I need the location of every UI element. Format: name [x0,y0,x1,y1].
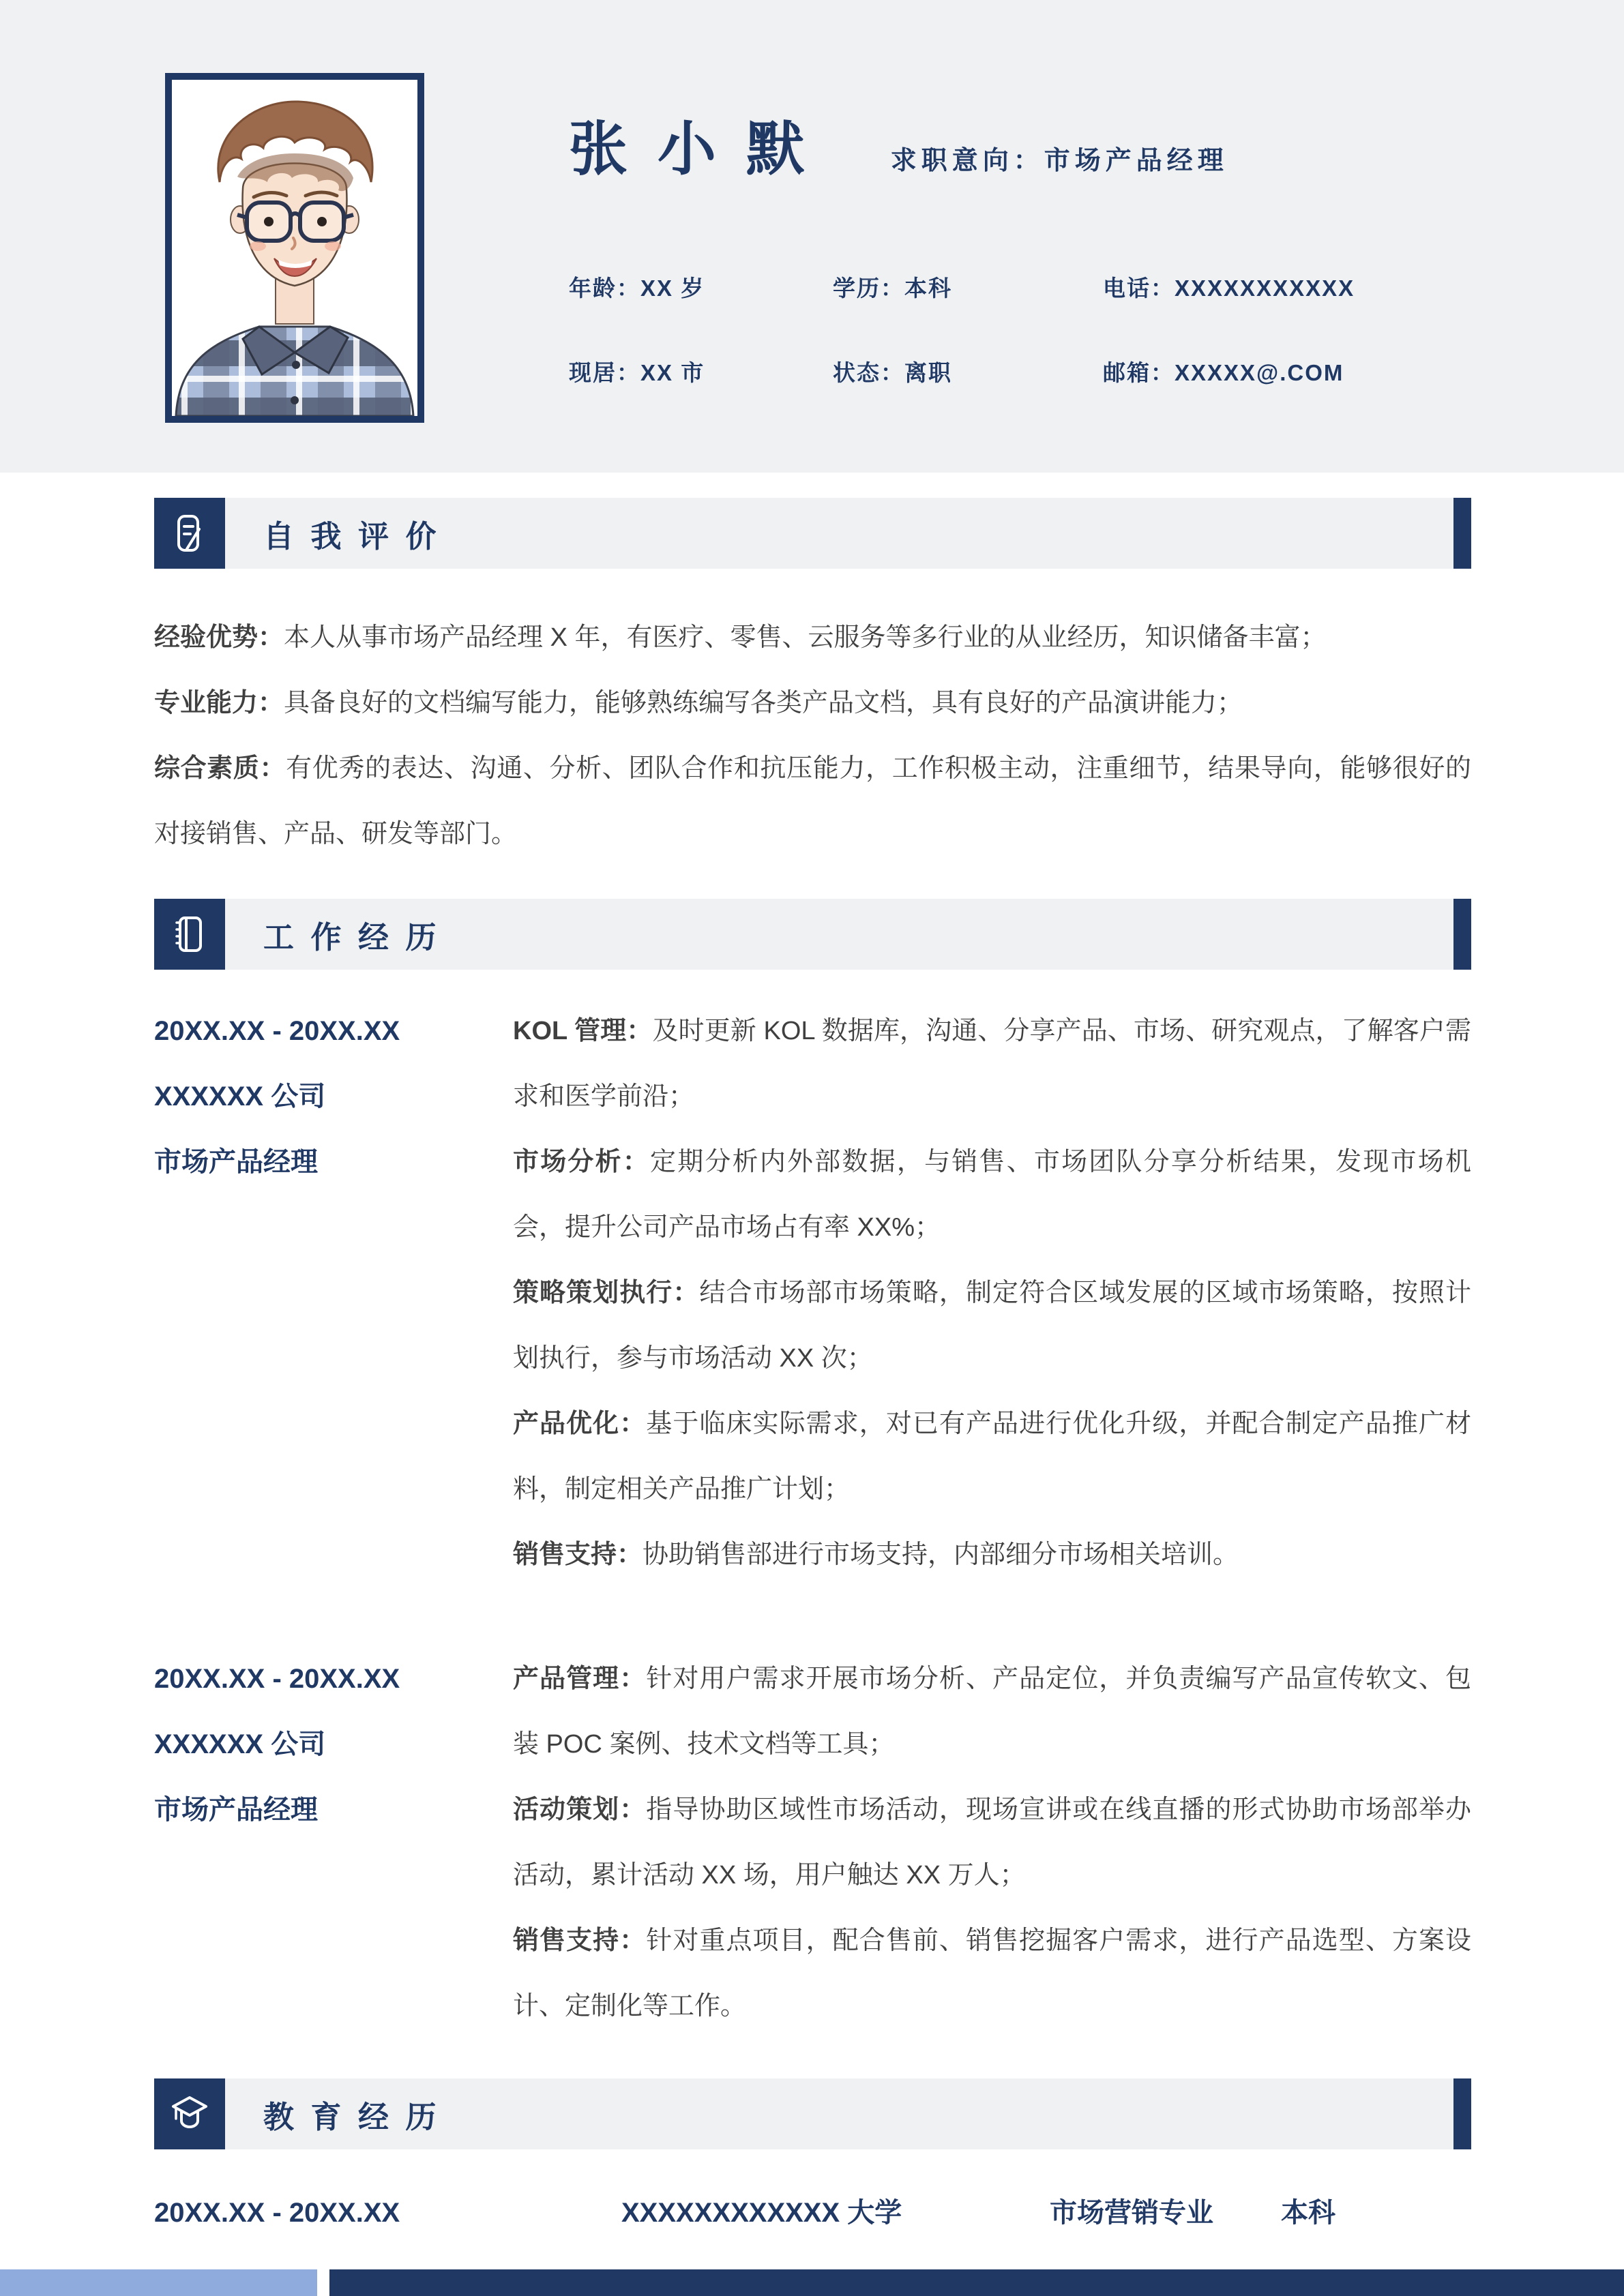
notebook-icon [154,899,225,970]
job-duty: 销售支持：针对重点项目，配合售前、销售挖掘客户需求，进行产品选型、方案设计、定制… [513,1908,1471,2039]
job-duties-column: 产品管理：针对用户需求开展市场分析、产品定位，并负责编写产品宣传软文、包装 PO… [513,1646,1471,2039]
education-degree: 本科 [1281,2180,1335,2246]
portrait-illustration [172,80,417,416]
job-duty: 策略策划执行：结合市场部市场策略，制定符合区域发展的区域市场策略，按照计划执行，… [513,1260,1471,1391]
job-duty-label: 市场分析： [513,1148,650,1176]
section-bar-work-experience: 工 作 经 历 [154,899,1471,970]
job-duty: 市场分析：定期分析内外部数据，与销售、市场团队分享分析结果，发现市场机会，提升公… [513,1129,1471,1260]
education-major: 市场营销专业 [1050,2180,1281,2246]
job-meta-column: 20XX.XX - 20XX.XXXXXXXX 公司市场产品经理 [154,1646,513,2039]
info-item: 状态：离职 [833,357,1103,389]
header-title-row: 张 小 默 求职意向：市场产品经理 [569,120,1228,179]
education-school: XXXXXXXXXXXX 大学 [621,2180,1050,2246]
header-band: 张 小 默 求职意向：市场产品经理 年龄：XX 岁学历：本科电话：XXXXXXX… [0,0,1624,473]
self-eval-item-text: 具备良好的文档编写能力，能够熟练编写各类产品文档，具有良好的产品演讲能力； [284,689,1243,717]
job-duty: 产品优化：基于临床实际需求，对已有产品进行优化升级，并配合制定产品推广材料，制定… [513,1391,1471,1522]
section-bar-self-evaluation: 自 我 评 价 [154,498,1471,569]
info-item: 学历：本科 [833,273,1103,304]
job-duty-label: 策略策划执行： [513,1279,699,1307]
self-eval-item-text: 本人从事市场产品经理 X 年，有医疗、零售、云服务等多行业的从业经历，知识储备丰… [284,623,1326,652]
footer-navy-bar [329,2269,1624,2296]
self-evaluation-body: 经验优势：本人从事市场产品经理 X 年，有医疗、零售、云服务等多行业的从业经历，… [154,605,1471,867]
job-duty-text: 定期分析内外部数据，与销售、市场团队分享分析结果，发现市场机会，提升公司产品市场… [513,1148,1471,1242]
job-company: XXXXXX 公司 [154,1712,513,1777]
self-eval-item-label: 综合素质： [154,754,286,783]
work-experience-entry: 20XX.XX - 20XX.XXXXXXXX 公司市场产品经理KOL 管理：及… [154,998,1471,1587]
self-eval-item-label: 专业能力： [154,689,284,717]
self-eval-item: 综合素质：有优秀的表达、沟通、分析、团队合作和抗压能力，工作积极主动，注重细节，… [154,736,1471,867]
job-duty-label: 产品管理： [513,1665,646,1693]
section-title-education: 教 育 经 历 [263,2092,441,2136]
resume-page: 张 小 默 求职意向：市场产品经理 年龄：XX 岁学历：本科电话：XXXXXXX… [0,0,1624,2296]
job-duty: 活动策划：指导协助区域性市场活动，现场宣讲或在线直播的形式协助市场部举办活动，累… [513,1777,1471,1908]
education-period: 20XX.XX - 20XX.XX [154,2180,621,2246]
work-experience-entry: 20XX.XX - 20XX.XXXXXXXX 公司市场产品经理产品管理：针对用… [154,1646,1471,2039]
job-duty-label: 销售支持： [513,1926,646,1955]
job-duty: 销售支持：协助销售部进行市场支持，内部细分市场相关培训。 [513,1522,1471,1587]
job-duties-column: KOL 管理：及时更新 KOL 数据库，沟通、分享产品、市场、研究观点，了解客户… [513,998,1471,1587]
work-experience-body: 20XX.XX - 20XX.XXXXXXXX 公司市场产品经理KOL 管理：及… [154,998,1471,2098]
job-company: XXXXXX 公司 [154,1064,513,1129]
job-duty-text: 及时更新 KOL 数据库，沟通、分享产品、市场、研究观点，了解客户需求和医学前沿… [513,1017,1471,1111]
section-bar-cap [1453,498,1471,569]
note-pen-icon [154,498,225,569]
job-duty-label: 活动策划： [513,1795,646,1824]
job-duty-text: 针对重点项目，配合售前、销售挖掘客户需求，进行产品选型、方案设计、定制化等工作。 [513,1926,1471,2021]
self-eval-item-text: 有优秀的表达、沟通、分析、团队合作和抗压能力，工作积极主动，注重细节，结果导向，… [154,754,1471,848]
graduation-cap-icon [154,2078,225,2149]
footer-light-blue-bar [0,2269,317,2296]
candidate-name: 张 小 默 [569,120,812,179]
self-eval-item: 经验优势：本人从事市场产品经理 X 年，有医疗、零售、云服务等多行业的从业经历，… [154,605,1471,670]
contact-info-grid: 年龄：XX 岁学历：本科电话：XXXXXXXXXXX现居：XX 市状态：离职邮箱… [569,273,1355,389]
info-item: 现居：XX 市 [569,357,833,389]
section-bar-education: 教 育 经 历 [154,2078,1471,2149]
info-item: 邮箱：XXXXX@.COM [1103,357,1355,389]
job-duty-label: 销售支持： [513,1540,643,1569]
self-eval-item: 专业能力：具备良好的文档编写能力，能够熟练编写各类产品文档，具有良好的产品演讲能… [154,670,1471,736]
job-title: 市场产品经理 [154,1777,513,1843]
job-period: 20XX.XX - 20XX.XX [154,998,513,1064]
section-title-self-evaluation: 自 我 评 价 [263,511,441,556]
info-item: 年龄：XX 岁 [569,273,833,304]
education-entry: 20XX.XX - 20XX.XX XXXXXXXXXXXX 大学 市场营销专业… [154,2180,1471,2246]
job-period: 20XX.XX - 20XX.XX [154,1646,513,1712]
job-duty-text: 指导协助区域性市场活动，现场宣讲或在线直播的形式协助市场部举办活动，累计活动 X… [513,1795,1471,1890]
job-title: 市场产品经理 [154,1129,513,1195]
section-title-work-experience: 工 作 经 历 [263,912,441,957]
job-duty-text: 协助销售部进行市场支持，内部细分市场相关培训。 [643,1540,1239,1569]
self-eval-item-label: 经验优势： [154,623,284,652]
job-duty-text: 基于临床实际需求，对已有产品进行优化升级，并配合制定产品推广材料，制定相关产品推… [513,1410,1471,1504]
section-bar-cap [1453,2078,1471,2149]
section-bar-cap [1453,899,1471,970]
job-duty-label: KOL 管理： [513,1017,652,1045]
job-duty-text: 针对用户需求开展市场分析、产品定位，并负责编写产品宣传软文、包装 POC 案例、… [513,1665,1471,1759]
job-duty-label: 产品优化： [513,1410,646,1438]
job-intent: 求职意向：市场产品经理 [891,148,1228,174]
info-item: 电话：XXXXXXXXXXX [1103,273,1355,304]
footer-gap [317,2269,329,2296]
job-duty: 产品管理：针对用户需求开展市场分析、产品定位，并负责编写产品宣传软文、包装 PO… [513,1646,1471,1777]
profile-photo [165,73,424,423]
job-duty: KOL 管理：及时更新 KOL 数据库，沟通、分享产品、市场、研究观点，了解客户… [513,998,1471,1129]
footer-bars [0,2269,1624,2296]
job-meta-column: 20XX.XX - 20XX.XXXXXXXX 公司市场产品经理 [154,998,513,1587]
